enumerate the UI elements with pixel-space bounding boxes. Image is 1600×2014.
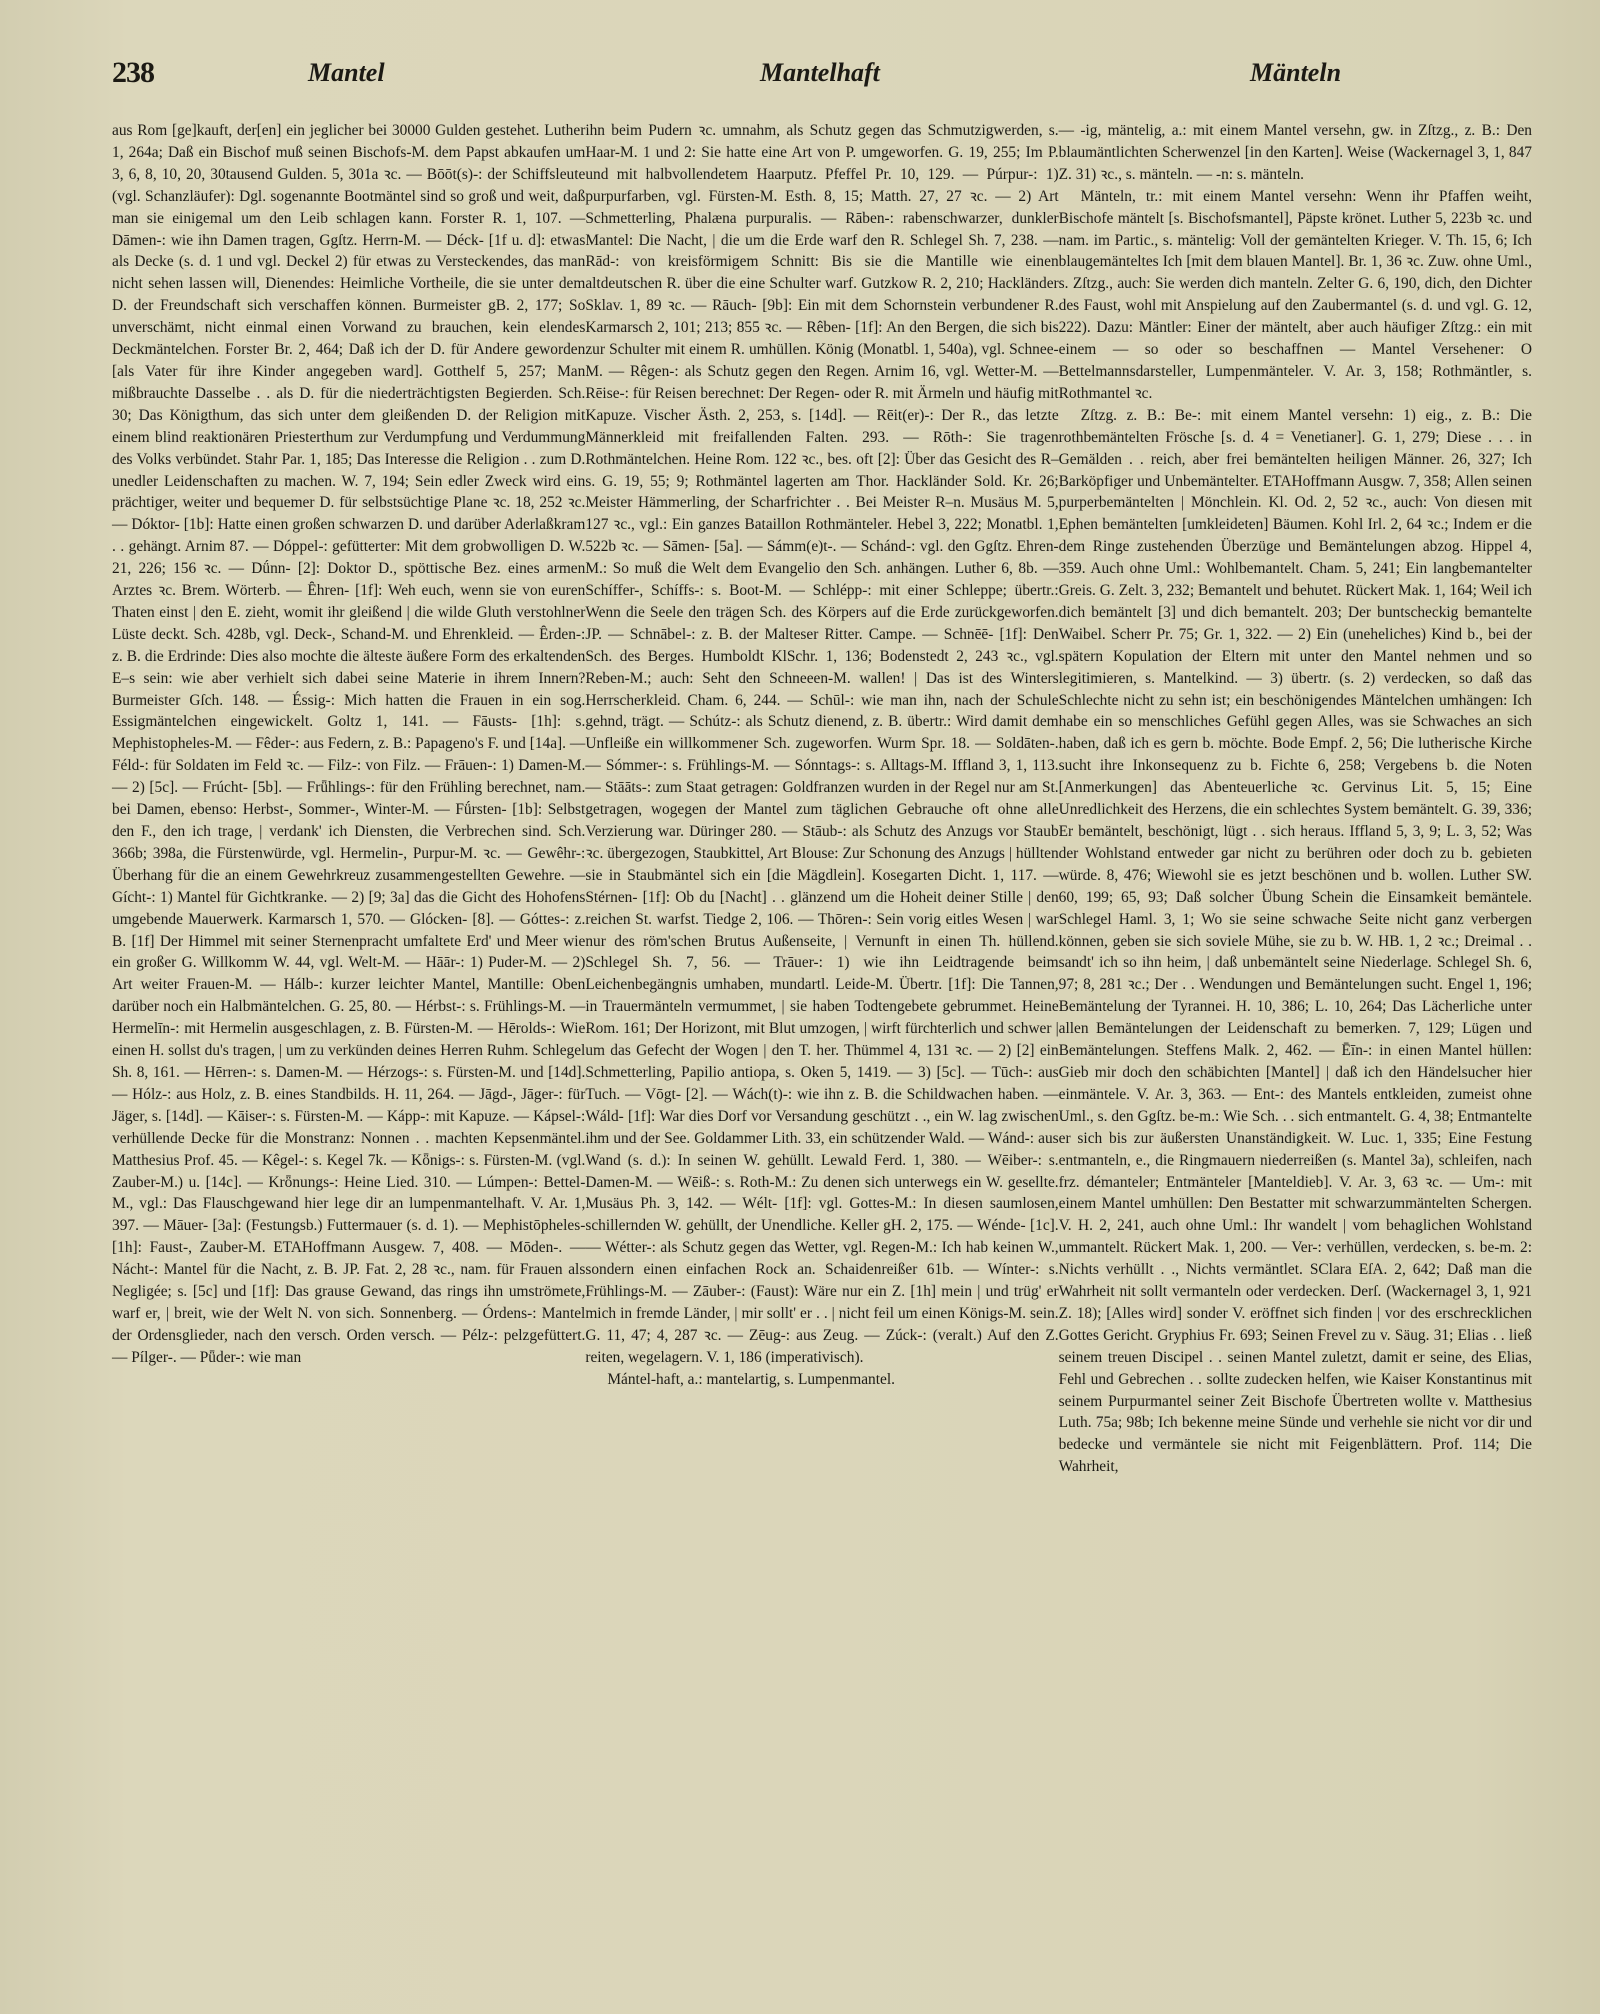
dictionary-columns: aus Rom [ge]kauft, der[en] ein jeglicher… xyxy=(112,120,1532,1478)
page-header: 238 Mantel Mantelhaft Mänteln xyxy=(112,56,1532,96)
column-right: — -ig, mäntelig, a.: mit einem Mantel ve… xyxy=(1059,120,1532,1478)
page-number: 238 xyxy=(112,56,154,90)
running-head-right: Mänteln xyxy=(1250,58,1341,88)
running-head-center: Mantelhaft xyxy=(760,58,880,88)
entry-text: aus Rom [ge]kauft, der[en] ein jeglicher… xyxy=(112,120,585,1369)
running-head-left: Mantel xyxy=(308,58,385,88)
entry-text: ihn beim Pudern ꝛc. umnahm, als Schutz g… xyxy=(585,120,1058,1369)
compounds-entry: Zſtzg. z. B.: Be-: mit einem Mantel vers… xyxy=(1059,405,1532,1478)
column-left: aus Rom [ge]kauft, der[en] ein jeglicher… xyxy=(112,120,585,1478)
headword-entry-maenteln: Mänteln, tr.: mit einem Mantel versehn: … xyxy=(1059,186,1532,405)
headword-entry-mantelhaft: Mántel-haft, a.: mantelartig, s. Lumpenm… xyxy=(585,1369,1058,1391)
column-middle: ihn beim Pudern ꝛc. umnahm, als Schutz g… xyxy=(585,120,1058,1478)
entry-text: — -ig, mäntelig, a.: mit einem Mantel ve… xyxy=(1059,120,1532,186)
